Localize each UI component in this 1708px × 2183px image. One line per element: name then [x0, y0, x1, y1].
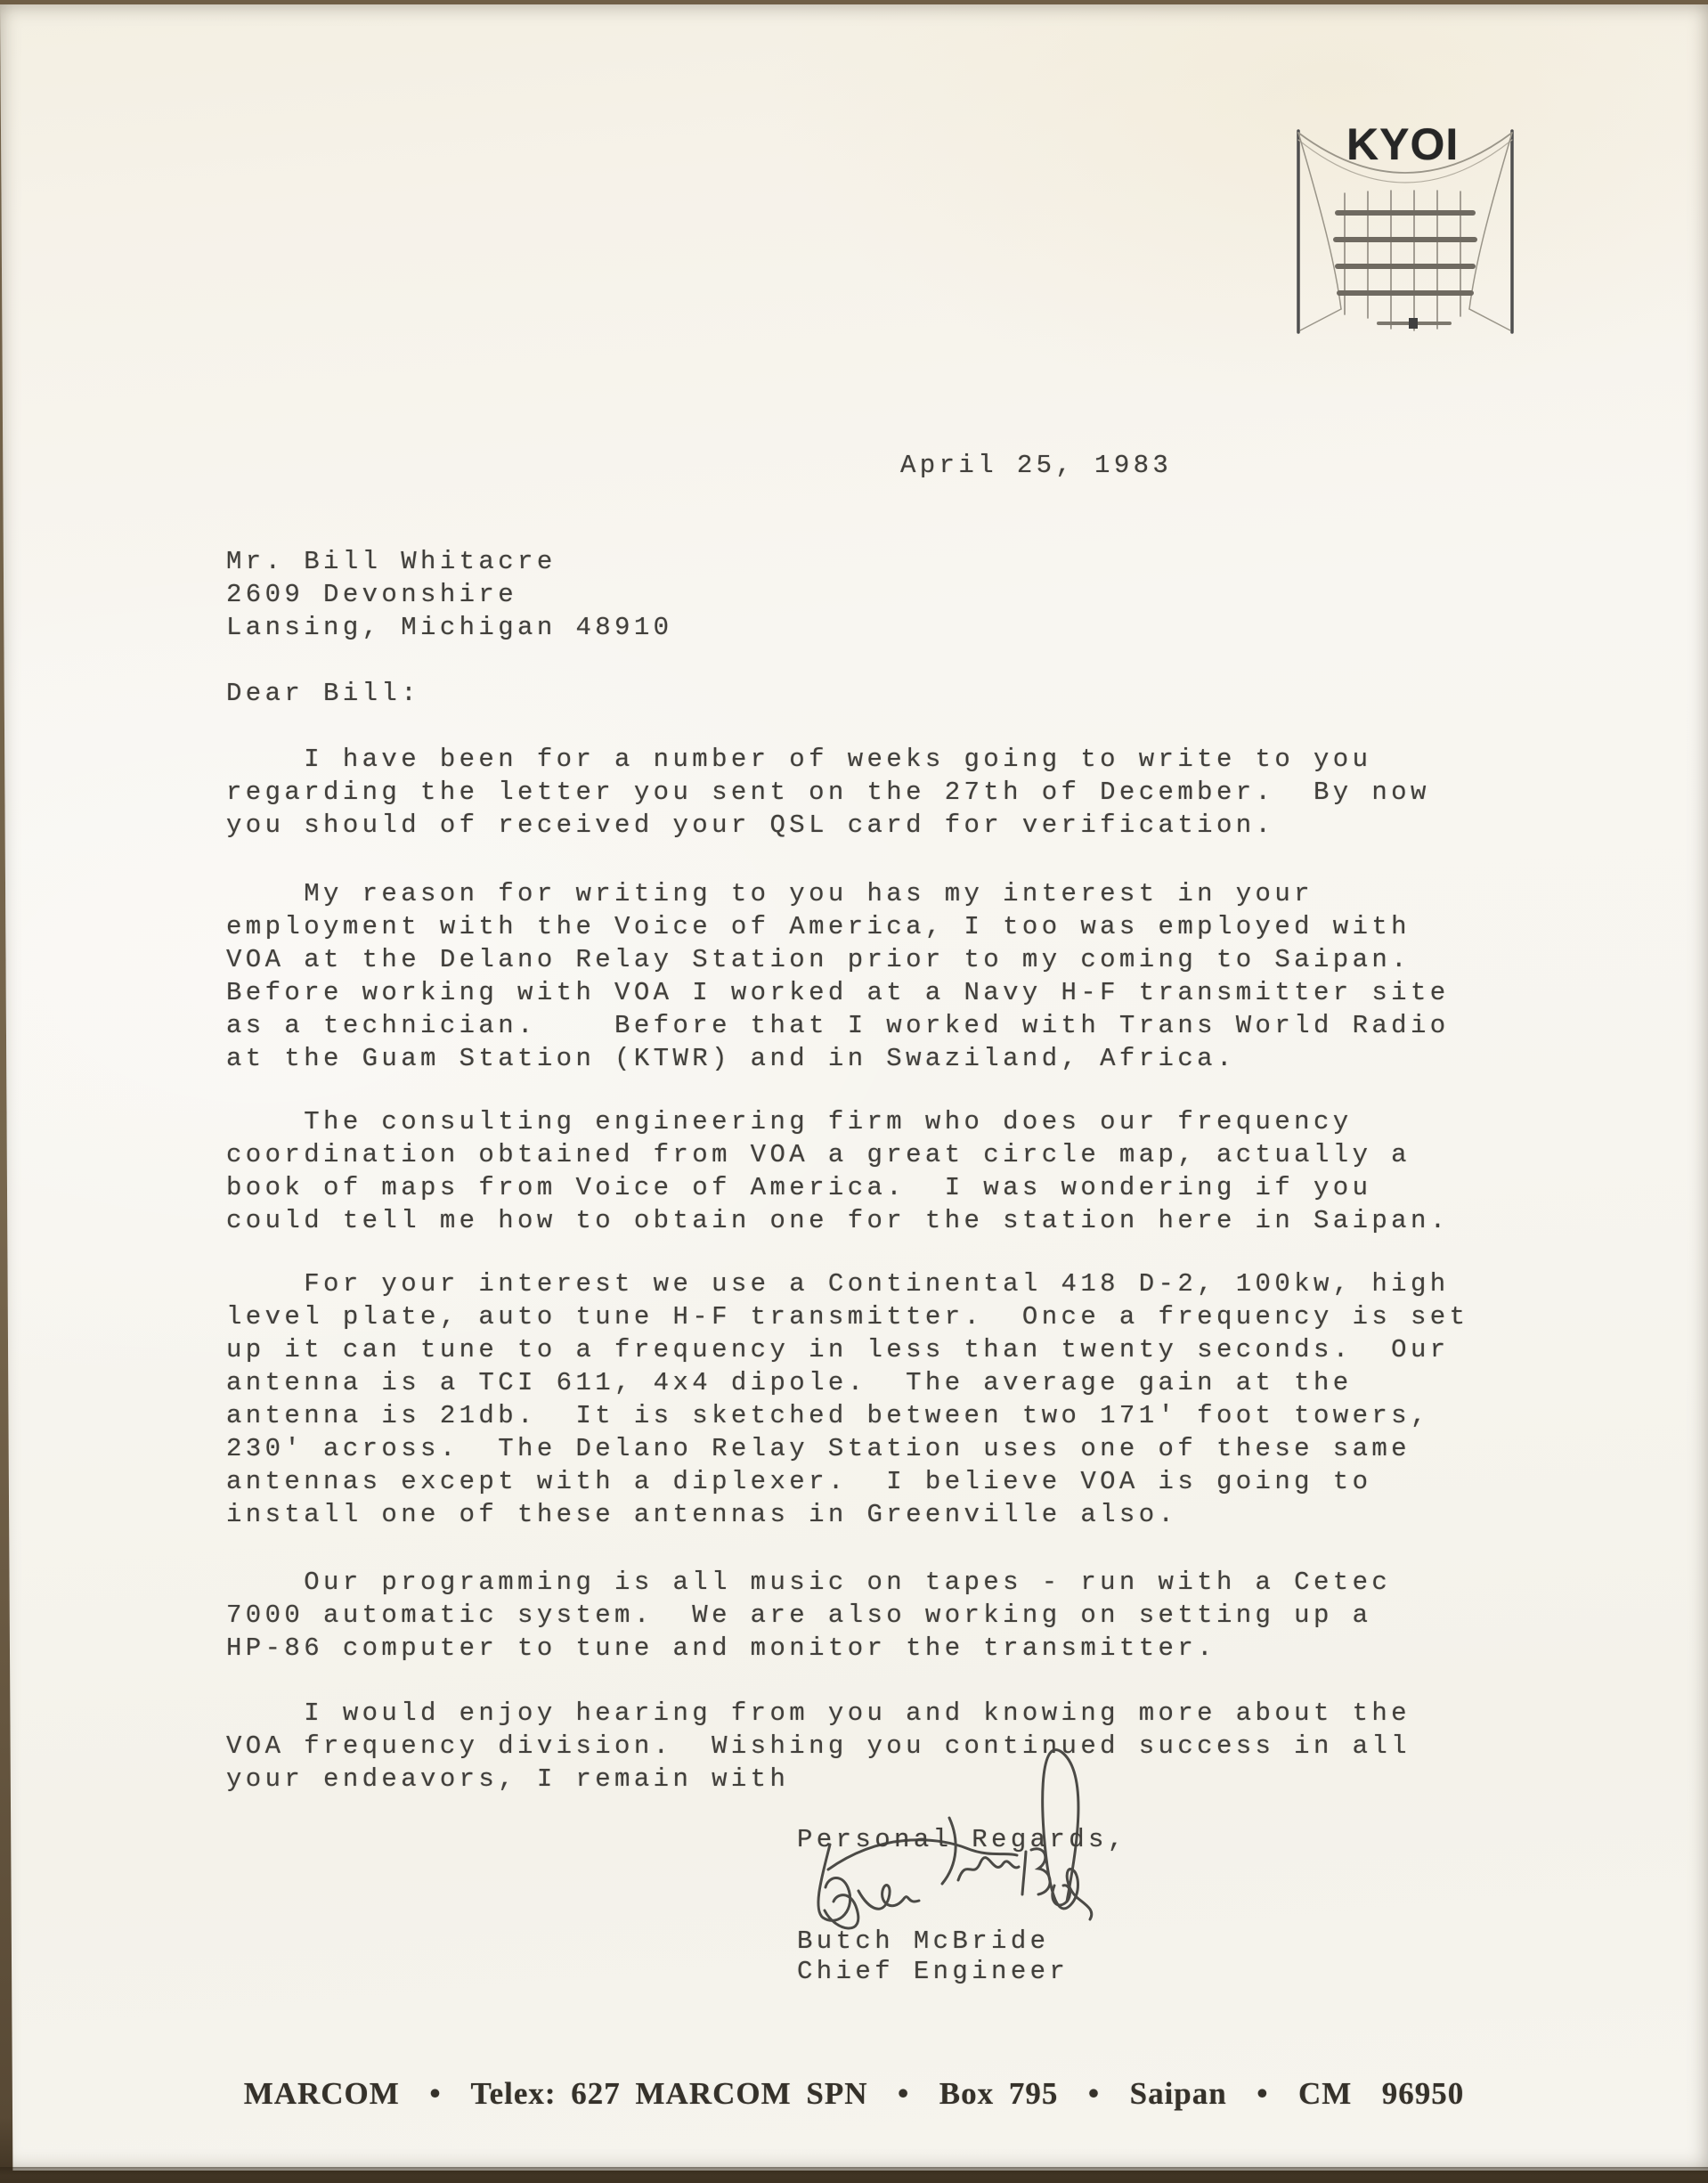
letter-paper: KYOI April 25, 1983 Mr. Bill Whitacre260…: [0, 4, 1708, 2171]
recipient-street: 2609 Devonshire: [226, 580, 517, 609]
recipient-address: Mr. Bill Whitacre2609 DevonshireLansing,…: [226, 545, 672, 644]
scan-backdrop: { "colors": { "backdrop_brown": "#77664d…: [0, 0, 1708, 2183]
kyoi-callsign: KYOI: [1346, 118, 1459, 170]
kyoi-letterhead-logo: KYOI: [1289, 117, 1521, 341]
sender-name: Butch McBride: [797, 1925, 1049, 1958]
body-paragraph-5: Our programming is all music on tapes - …: [226, 1566, 1562, 1665]
footer-line: MARCOM • Telex: 627 MARCOM SPN • Box 795…: [244, 2076, 1465, 2112]
recipient-city-line: Lansing, Michigan 48910: [226, 613, 672, 642]
body-paragraph-4: For your interest we use a Continental 4…: [226, 1267, 1562, 1531]
body-paragraph-2: My reason for writing to you has my inte…: [226, 877, 1562, 1075]
valediction: Personal Regards,: [797, 1823, 1127, 1856]
body-paragraph-1: I have been for a number of weeks going …: [226, 743, 1562, 842]
letter-date: April 25, 1983: [900, 449, 1172, 482]
sender-title: Chief Engineer: [797, 1955, 1069, 1988]
salutation: Dear Bill:: [226, 677, 420, 710]
recipient-name: Mr. Bill Whitacre: [226, 547, 557, 576]
body-paragraph-3: The consulting engineering firm who does…: [226, 1105, 1562, 1237]
